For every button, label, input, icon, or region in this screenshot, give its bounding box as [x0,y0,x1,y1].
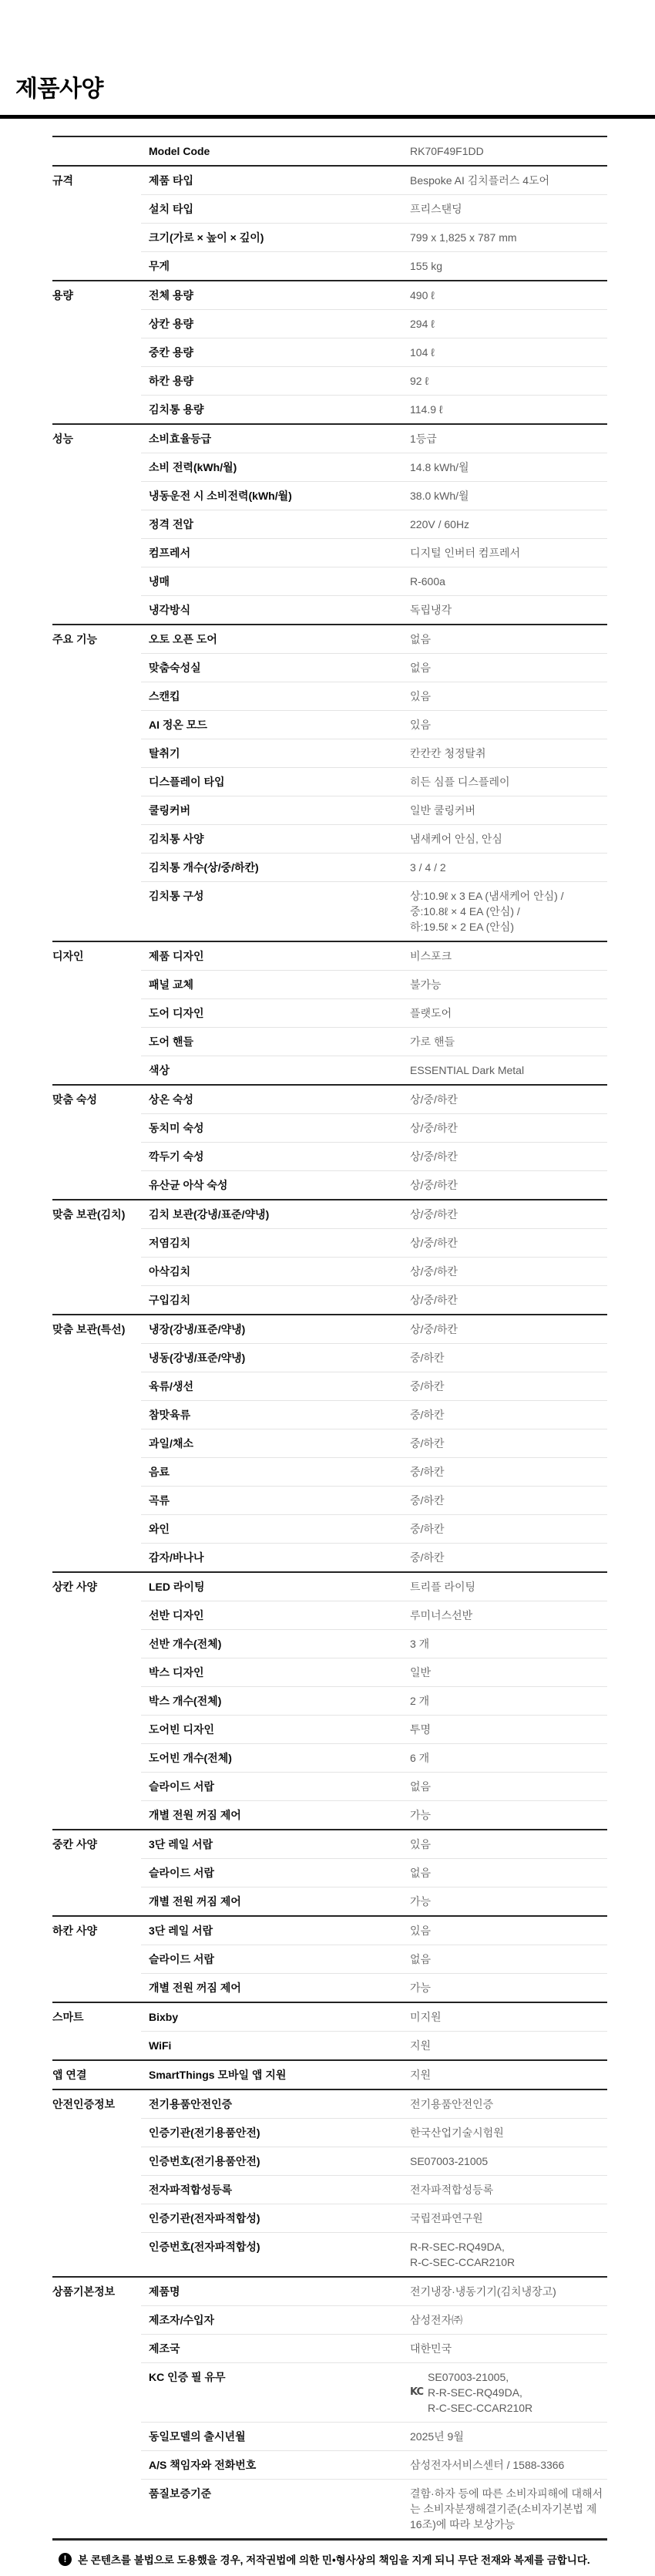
spec-row: 박스 개수(전체)2 개 [141,1686,607,1715]
spec-row-value: 전기용품안전인증 [410,2096,607,2112]
section-category-label: 안전인증정보 [52,2090,141,2276]
spec-row-label: 개별 전원 꺼짐 제어 [149,1894,410,1909]
spec-section: 상품기본정보제품명전기냉장·냉동기기(김치냉장고)제조자/수입자삼성전자㈜제조국… [52,2278,607,2541]
spec-row: 제품명전기냉장·냉동기기(김치냉장고) [141,2278,607,2305]
spec-row-label: WiFi [149,2038,410,2053]
spec-row: 선반 디자인루미너스선반 [141,1601,607,1629]
spec-row-label: 제조자/수입자 [149,2312,410,2328]
spec-row: 쿨링커버일반 쿨링커버 [141,796,607,824]
spec-row-value: 독립냉각 [410,602,607,618]
spec-row-value: 중/하칸 [410,1350,607,1365]
spec-row: 도어빈 개수(전체)6 개 [141,1743,607,1772]
spec-row-value-text: SE07003-21005, R-R-SEC-RQ49DA, R-C-SEC-C… [428,2369,532,2416]
spec-row-label: 오토 오픈 도어 [149,631,410,647]
spec-row-label: 패널 교체 [149,977,410,992]
spec-row: 참맛육류중/하칸 [141,1400,607,1429]
spec-row-value: RK70F49F1DD [410,143,607,159]
spec-row-label: 하칸 용량 [149,373,410,389]
spec-row: 과일/채소중/하칸 [141,1429,607,1457]
section-category-label: 용량 [52,281,141,423]
section-rows: 3단 레일 서랍있음슬라이드 서랍없음개별 전원 꺼짐 제어가능 [141,1917,607,2002]
spec-row-label: 깍두기 숙성 [149,1149,410,1164]
spec-section: 맞춤 숙성상온 숙성상/중/하칸동치미 숙성상/중/하칸깍두기 숙성상/중/하칸… [52,1086,607,1200]
spec-row: 저염김치상/중/하칸 [141,1228,607,1257]
spec-row: 무게155 kg [141,251,607,280]
spec-row-value: 1등급 [410,431,607,446]
spec-row-label: 구입김치 [149,1292,410,1308]
section-rows: 전기용품안전인증전기용품안전인증인증기관(전기용품안전)한국산업기술시험원인증번… [141,2090,607,2276]
spec-row-value: 799 x 1,825 x 787 mm [410,230,607,245]
spec-row-label: 도어빈 개수(전체) [149,1750,410,1766]
spec-row-value: 상/중/하칸 [410,1264,607,1279]
spec-row-label: 김치통 사양 [149,831,410,847]
spec-row-label: LED 라이팅 [149,1579,410,1594]
spec-row-value: 중/하칸 [410,1464,607,1480]
spec-row: 인증기관(전자파적합성)국립전파연구원 [141,2204,607,2232]
section-category-label: 성능 [52,425,141,624]
spec-row-label: 상칸 용량 [149,316,410,332]
spec-row-value: 있음 [410,717,607,732]
spec-row: 정격 전압220V / 60Hz [141,510,607,538]
spec-row-label: Bixby [149,2009,410,2025]
spec-row: 곡류중/하칸 [141,1486,607,1514]
spec-row-value: 상/중/하칸 [410,1120,607,1136]
spec-row-value: R-600a [410,574,607,589]
spec-row: 스캔킵있음 [141,682,607,710]
spec-row: 슬라이드 서랍없음 [141,1858,607,1887]
spec-row: 탈취기칸칸칸 청정탈취 [141,739,607,767]
spec-row-value: 투명 [410,1722,607,1737]
spec-row-value: Bespoke AI 김치플러스 4도어 [410,173,607,188]
spec-row-label: 냉장(강냉/표준/약냉) [149,1322,410,1337]
section-rows: Model CodeRK70F49F1DD [141,137,607,165]
spec-row: 전자파적합성등록전자파적합성등록 [141,2175,607,2204]
spec-row-label: A/S 책임자와 전화번호 [149,2457,410,2473]
spec-row-label: 쿨링커버 [149,803,410,818]
title-divider [0,115,655,119]
spec-row: 상칸 용량294 ℓ [141,309,607,338]
spec-row: 소비효율등급1등급 [141,425,607,453]
spec-row: 중칸 용량104 ℓ [141,338,607,366]
spec-row-label: 스캔킵 [149,689,410,704]
spec-row: SmartThings 모바일 앱 지원지원 [141,2061,607,2089]
spec-row-label: 냉동운전 시 소비전력(kWh/월) [149,488,410,503]
spec-row-value: 38.0 kWh/월 [410,488,607,503]
spec-section: 디자인제품 디자인비스포크패널 교체불가능도어 디자인플랫도어도어 핸들가로 핸… [52,942,607,1086]
spec-row-value: 국립전파연구원 [410,2211,607,2226]
spec-row: 동일모델의 출시년월2025년 9월 [141,2422,607,2450]
spec-row: 박스 디자인일반 [141,1658,607,1686]
spec-row-label: 제조국 [149,2341,410,2356]
section-rows: 소비효율등급1등급소비 전력(kWh/월)14.8 kWh/월냉동운전 시 소비… [141,425,607,624]
spec-row-label: 선반 디자인 [149,1608,410,1623]
spec-row-label: 슬라이드 서랍 [149,1865,410,1881]
spec-row-value: 294 ℓ [410,316,607,332]
spec-row-value: 2025년 9월 [410,2429,607,2444]
warning-exclamation-icon: ! [59,2553,72,2566]
spec-row-value: 3 / 4 / 2 [410,860,607,875]
spec-row-value: 결함·하자 등에 따른 소비자피해에 대해서는 소비자분쟁해결기준(소비자기본법… [410,2486,607,2532]
spec-row: 냉매R-600a [141,567,607,595]
spec-row-label: 유산균 아삭 숙성 [149,1177,410,1193]
spec-row-label: 과일/채소 [149,1436,410,1451]
section-rows: 냉장(강냉/표준/약냉)상/중/하칸냉동(강냉/표준/약냉)중/하칸육류/생선중… [141,1315,607,1571]
spec-row-label: 3단 레일 서랍 [149,1923,410,1938]
spec-row-label: 컴프레서 [149,545,410,561]
spec-row: AI 정온 모드있음 [141,710,607,739]
spec-row-value: R-R-SEC-RQ49DA, R-C-SEC-CCAR210R [410,2239,607,2270]
spec-row-value: 한국산업기술시험원 [410,2125,607,2140]
spec-row-value: 중/하칸 [410,1493,607,1508]
spec-row: 깍두기 숙성상/중/하칸 [141,1142,607,1170]
spec-row-label: 품질보증기준 [149,2486,410,2501]
spec-row-value: 삼성전자서비스센터 / 1588-3366 [410,2457,607,2473]
section-category-label: 스마트 [52,2003,141,2059]
spec-row-label: 참맛육류 [149,1407,410,1423]
spec-row-label: 냉동(강냉/표준/약냉) [149,1350,410,1365]
spec-section: 안전인증정보전기용품안전인증전기용품안전인증인증기관(전기용품안전)한국산업기술… [52,2090,607,2278]
spec-row-value: 냄새케어 안심, 안심 [410,831,607,847]
spec-row-value: 플랫도어 [410,1005,607,1021]
spec-row-label: 도어빈 디자인 [149,1722,410,1737]
spec-row-value: 없음 [410,1779,607,1794]
spec-row-value: 가로 핸들 [410,1034,607,1049]
spec-row-value: 중/하칸 [410,1521,607,1537]
spec-row-value: 92 ℓ [410,373,607,389]
spec-row: 냉장(강냉/표준/약냉)상/중/하칸 [141,1315,607,1343]
spec-row-value: 전기냉장·냉동기기(김치냉장고) [410,2284,607,2299]
spec-row-label: 저염김치 [149,1235,410,1251]
section-rows: 제품명전기냉장·냉동기기(김치냉장고)제조자/수입자삼성전자㈜제조국대한민국KC… [141,2278,607,2538]
spec-row-label: 탈취기 [149,746,410,761]
spec-row-value: 없음 [410,1865,607,1881]
spec-section: 중칸 사양3단 레일 서랍있음슬라이드 서랍없음개별 전원 꺼짐 제어가능 [52,1830,607,1917]
spec-row-label: KC 인증 필 유무 [149,2369,410,2385]
spec-row-value: 중/하칸 [410,1407,607,1423]
spec-row-value: 디지털 인버터 컴프레서 [410,545,607,561]
spec-row-label: 박스 디자인 [149,1665,410,1680]
spec-row-value: 가능 [410,1980,607,1995]
spec-row-value: ESSENTIAL Dark Metal [410,1062,607,1078]
spec-row-value: KCSE07003-21005, R-R-SEC-RQ49DA, R-C-SEC… [410,2369,607,2416]
spec-row-label: 동치미 숙성 [149,1120,410,1136]
spec-section: 스마트Bixby미지원WiFi지원 [52,2003,607,2061]
spec-row: 제조자/수입자삼성전자㈜ [141,2305,607,2334]
spec-row-label: 제품명 [149,2284,410,2299]
spec-row: 냉동운전 시 소비전력(kWh/월)38.0 kWh/월 [141,481,607,510]
spec-row-label: 곡류 [149,1493,410,1508]
spec-section: Model CodeRK70F49F1DD [52,137,607,167]
spec-row-value: 3 개 [410,1636,607,1652]
spec-row-value: 비스포크 [410,948,607,964]
spec-row-value: 중/하칸 [410,1436,607,1451]
section-rows: SmartThings 모바일 앱 지원지원 [141,2061,607,2089]
spec-row-value: 히든 심플 디스플레이 [410,774,607,790]
spec-row: 품질보증기준결함·하자 등에 따른 소비자피해에 대해서는 소비자분쟁해결기준(… [141,2479,607,2538]
spec-row: 설치 타입프리스탠딩 [141,194,607,223]
spec-row-value: 상/중/하칸 [410,1149,607,1164]
spec-row-label: 전체 용량 [149,288,410,303]
spec-row-label: 정격 전압 [149,517,410,532]
spec-row: 슬라이드 서랍없음 [141,1945,607,1973]
section-rows: 상온 숙성상/중/하칸동치미 숙성상/중/하칸깍두기 숙성상/중/하칸유산균 아… [141,1086,607,1199]
spec-row-label: 인증번호(전기용품안전) [149,2153,410,2169]
spec-row-value: 루미너스선반 [410,1608,607,1623]
spec-row: 김치통 용량114.9 ℓ [141,395,607,423]
section-category-label: 맞춤 보관(김치) [52,1200,141,1314]
spec-row-label: 소비 전력(kWh/월) [149,460,410,475]
section-category-label: 중칸 사양 [52,1830,141,1915]
spec-row-label: 김치통 용량 [149,402,410,417]
spec-row-value: 지원 [410,2038,607,2053]
spec-row-value: 미지원 [410,2009,607,2025]
spec-row-label: 색상 [149,1062,410,1078]
spec-section: 주요 기능오토 오픈 도어없음맞춤숙성실없음스캔킵있음AI 정온 모드있음탈취기… [52,625,607,942]
section-rows: LED 라이팅트리플 라이팅선반 디자인루미너스선반선반 개수(전체)3 개박스… [141,1573,607,1829]
spec-row-label: 제품 디자인 [149,948,410,964]
section-category-label: 규격 [52,167,141,280]
spec-row-value: 상/중/하칸 [410,1322,607,1337]
spec-row-value: 일반 [410,1665,607,1680]
spec-row: 인증번호(전기용품안전)SE07003-21005 [141,2147,607,2175]
spec-row: 전기용품안전인증전기용품안전인증 [141,2090,607,2118]
section-rows: Bixby미지원WiFi지원 [141,2003,607,2059]
spec-row-value: 칸칸칸 청정탈취 [410,746,607,761]
section-rows: 김치 보관(강냉/표준/약냉)상/중/하칸저염김치상/중/하칸아삭김치상/중/하… [141,1200,607,1314]
spec-row: 감자/바나나중/하칸 [141,1543,607,1571]
spec-row-value: 없음 [410,1951,607,1967]
spec-row: 김치통 사양냄새케어 안심, 안심 [141,824,607,853]
section-category-label: 디자인 [52,942,141,1084]
section-category-label: 맞춤 보관(특선) [52,1315,141,1571]
section-category-label: 주요 기능 [52,625,141,941]
spec-row: 음료중/하칸 [141,1457,607,1486]
spec-row-label: 육류/생선 [149,1379,410,1394]
spec-row: 구입김치상/중/하칸 [141,1285,607,1314]
spec-row-value: 트리플 라이팅 [410,1579,607,1594]
spec-section: 맞춤 보관(특선)냉장(강냉/표준/약냉)상/중/하칸냉동(강냉/표준/약냉)중… [52,1315,607,1573]
section-rows: 3단 레일 서랍있음슬라이드 서랍없음개별 전원 꺼짐 제어가능 [141,1830,607,1915]
spec-row-value: 대한민국 [410,2341,607,2356]
spec-row-label: 동일모델의 출시년월 [149,2429,410,2444]
spec-row-value: 없음 [410,631,607,647]
section-category-label: 상칸 사양 [52,1573,141,1829]
spec-row: 슬라이드 서랍없음 [141,1772,607,1800]
spec-row-label: 도어 디자인 [149,1005,410,1021]
spec-row-value: 상/중/하칸 [410,1092,607,1107]
spec-row-label: 상온 숙성 [149,1092,410,1107]
spec-row: 오토 오픈 도어없음 [141,625,607,653]
spec-row-label: 크기(가로 × 높이 × 깊이) [149,230,410,245]
spec-row-label: 인증번호(전자파적합성) [149,2239,410,2254]
spec-row: 아삭김치상/중/하칸 [141,1257,607,1285]
spec-row-label: AI 정온 모드 [149,717,410,732]
spec-row-value: 있음 [410,1837,607,1852]
spec-row-value: 불가능 [410,977,607,992]
spec-row-value: 일반 쿨링커버 [410,803,607,818]
spec-row-value: 490 ℓ [410,288,607,303]
spec-row-label: 선반 개수(전체) [149,1636,410,1652]
spec-row: 개별 전원 꺼짐 제어가능 [141,1973,607,2002]
spec-row: 김치통 개수(상/중/하칸)3 / 4 / 2 [141,853,607,881]
spec-row-label: 인증기관(전자파적합성) [149,2211,410,2226]
section-rows: 제품 디자인비스포크패널 교체불가능도어 디자인플랫도어도어 핸들가로 핸들색상… [141,942,607,1084]
spec-row-label: 맞춤숙성실 [149,660,410,675]
spec-row-value: 있음 [410,689,607,704]
spec-row-label: 김치통 구성 [149,888,410,904]
spec-table: Model CodeRK70F49F1DD규격제품 타입Bespoke AI 김… [52,136,607,2541]
spec-row-label: 도어 핸들 [149,1034,410,1049]
spec-row-label: 전자파적합성등록 [149,2182,410,2197]
spec-row-value: 중/하칸 [410,1379,607,1394]
spec-row-value: 상:10.9ℓ x 3 EA (냄새케어 안심) / 중:10.8ℓ × 4 E… [410,888,607,934]
spec-row-value: 지원 [410,2067,607,2083]
spec-row-value: SE07003-21005 [410,2153,607,2169]
spec-row-label: 설치 타입 [149,201,410,217]
spec-section: 맞춤 보관(김치)김치 보관(강냉/표준/약냉)상/중/하칸저염김치상/중/하칸… [52,1200,607,1315]
spec-row-label: 개별 전원 꺼짐 제어 [149,1980,410,1995]
spec-row: 육류/생선중/하칸 [141,1372,607,1400]
spec-row: 3단 레일 서랍있음 [141,1917,607,1945]
spec-section: 규격제품 타입Bespoke AI 김치플러스 4도어설치 타입프리스탠딩크기(… [52,167,607,281]
section-rows: 전체 용량490 ℓ상칸 용량294 ℓ중칸 용량104 ℓ하칸 용량92 ℓ김… [141,281,607,423]
spec-row-label: 냉매 [149,574,410,589]
spec-row: 김치통 구성상:10.9ℓ x 3 EA (냄새케어 안심) / 중:10.8ℓ… [141,881,607,941]
spec-row: 개별 전원 꺼짐 제어가능 [141,1800,607,1829]
spec-row-value: 프리스탠딩 [410,201,607,217]
spec-row-value: 155 kg [410,258,607,274]
spec-row-label: 디스플레이 타입 [149,774,410,790]
spec-row-label: 전기용품안전인증 [149,2096,410,2112]
kc-certification-mark-icon: KC [410,2385,423,2400]
spec-row-label: 제품 타입 [149,173,410,188]
spec-row-value: 삼성전자㈜ [410,2312,607,2328]
spec-row-value: 114.9 ℓ [410,402,607,417]
page-title: 제품사양 [15,69,655,103]
spec-row: 전체 용량490 ℓ [141,281,607,309]
section-rows: 제품 타입Bespoke AI 김치플러스 4도어설치 타입프리스탠딩크기(가로… [141,167,607,280]
spec-row-value: 6 개 [410,1750,607,1766]
spec-row: 도어빈 디자인투명 [141,1715,607,1743]
spec-row: 소비 전력(kWh/월)14.8 kWh/월 [141,453,607,481]
spec-section: 하칸 사양3단 레일 서랍있음슬라이드 서랍없음개별 전원 꺼짐 제어가능 [52,1917,607,2003]
spec-row: Model CodeRK70F49F1DD [141,137,607,165]
spec-row-label: 감자/바나나 [149,1550,410,1565]
spec-row-value: 상/중/하칸 [410,1235,607,1251]
spec-row-value: 상/중/하칸 [410,1177,607,1193]
spec-row-label: 인증기관(전기용품안전) [149,2125,410,2140]
spec-row-value: 상/중/하칸 [410,1207,607,1222]
spec-row: A/S 책임자와 전화번호삼성전자서비스센터 / 1588-3366 [141,2450,607,2479]
spec-row-label: 슬라이드 서랍 [149,1779,410,1794]
section-category-label: 맞춤 숙성 [52,1086,141,1199]
spec-row: 도어 핸들가로 핸들 [141,1027,607,1056]
spec-row-label: 무게 [149,258,410,274]
spec-row: 개별 전원 꺼짐 제어가능 [141,1887,607,1915]
spec-row: 3단 레일 서랍있음 [141,1830,607,1858]
footer-note: ! 본 콘텐츠를 불법으로 도용했을 경우, 저작권법에 의한 민•형사상의 책… [59,2551,644,2567]
spec-row: 제품 디자인비스포크 [141,942,607,970]
footer-note-text: 본 콘텐츠를 불법으로 도용했을 경우, 저작권법에 의한 민•형사상의 책임을… [78,2551,590,2567]
spec-row-value: 가능 [410,1807,607,1823]
spec-row: KC 인증 필 유무KCSE07003-21005, R-R-SEC-RQ49D… [141,2362,607,2422]
spec-row-label: 김치통 개수(상/중/하칸) [149,860,410,875]
spec-row-value: 상/중/하칸 [410,1292,607,1308]
spec-row-label: 개별 전원 꺼짐 제어 [149,1807,410,1823]
spec-section: 용량전체 용량490 ℓ상칸 용량294 ℓ중칸 용량104 ℓ하칸 용량92 … [52,281,607,425]
section-category-label: 하칸 사양 [52,1917,141,2002]
spec-row: 선반 개수(전체)3 개 [141,1629,607,1658]
spec-row-value: 없음 [410,660,607,675]
spec-row: 와인중/하칸 [141,1514,607,1543]
section-category-label: 상품기본정보 [52,2278,141,2538]
spec-row-value: 중/하칸 [410,1550,607,1565]
spec-row: 색상ESSENTIAL Dark Metal [141,1056,607,1084]
spec-row: 컴프레서디지털 인버터 컴프레서 [141,538,607,567]
spec-row-value: 14.8 kWh/월 [410,460,607,475]
spec-row: 패널 교체불가능 [141,970,607,998]
spec-row: 제조국대한민국 [141,2334,607,2362]
spec-row: 제품 타입Bespoke AI 김치플러스 4도어 [141,167,607,194]
spec-row-label: Model Code [149,143,410,159]
spec-row: 하칸 용량92 ℓ [141,366,607,395]
spec-section: 앱 연결SmartThings 모바일 앱 지원지원 [52,2061,607,2090]
spec-row-label: 음료 [149,1464,410,1480]
spec-row: 인증번호(전자파적합성)R-R-SEC-RQ49DA, R-C-SEC-CCAR… [141,2232,607,2276]
spec-row-label: 김치 보관(강냉/표준/약냉) [149,1207,410,1222]
spec-row-label: 3단 레일 서랍 [149,1837,410,1852]
spec-row-label: 아삭김치 [149,1264,410,1279]
spec-row: 맞춤숙성실없음 [141,653,607,682]
spec-row: 크기(가로 × 높이 × 깊이)799 x 1,825 x 787 mm [141,223,607,251]
spec-row-value: 가능 [410,1894,607,1909]
section-rows: 오토 오픈 도어없음맞춤숙성실없음스캔킵있음AI 정온 모드있음탈취기칸칸칸 청… [141,625,607,941]
spec-row-value: 전자파적합성등록 [410,2182,607,2197]
spec-row-value: 2 개 [410,1693,607,1709]
spec-row: 냉동(강냉/표준/약냉)중/하칸 [141,1343,607,1372]
spec-row: 동치미 숙성상/중/하칸 [141,1113,607,1142]
spec-section: 상칸 사양LED 라이팅트리플 라이팅선반 디자인루미너스선반선반 개수(전체)… [52,1573,607,1830]
spec-row: 도어 디자인플랫도어 [141,998,607,1027]
spec-row: 상온 숙성상/중/하칸 [141,1086,607,1113]
section-category-label [52,137,141,165]
spec-row-label: 소비효율등급 [149,431,410,446]
spec-row: 디스플레이 타입히든 심플 디스플레이 [141,767,607,796]
spec-row: Bixby미지원 [141,2003,607,2031]
spec-row-label: 슬라이드 서랍 [149,1951,410,1967]
spec-row: WiFi지원 [141,2031,607,2059]
spec-row-value: 104 ℓ [410,345,607,360]
spec-row-label: 냉각방식 [149,602,410,618]
spec-row: 유산균 아삭 숙성상/중/하칸 [141,1170,607,1199]
spec-row: LED 라이팅트리플 라이팅 [141,1573,607,1601]
section-category-label: 앱 연결 [52,2061,141,2089]
spec-row-label: SmartThings 모바일 앱 지원 [149,2067,410,2083]
spec-row-label: 와인 [149,1521,410,1537]
spec-row: 인증기관(전기용품안전)한국산업기술시험원 [141,2118,607,2147]
spec-row-value: 220V / 60Hz [410,517,607,532]
spec-row: 김치 보관(강냉/표준/약냉)상/중/하칸 [141,1200,607,1228]
spec-row-label: 중칸 용량 [149,345,410,360]
spec-row-label: 박스 개수(전체) [149,1693,410,1709]
spec-row: 냉각방식독립냉각 [141,595,607,624]
spec-row-value: 있음 [410,1923,607,1938]
spec-section: 성능소비효율등급1등급소비 전력(kWh/월)14.8 kWh/월냉동운전 시 … [52,425,607,625]
